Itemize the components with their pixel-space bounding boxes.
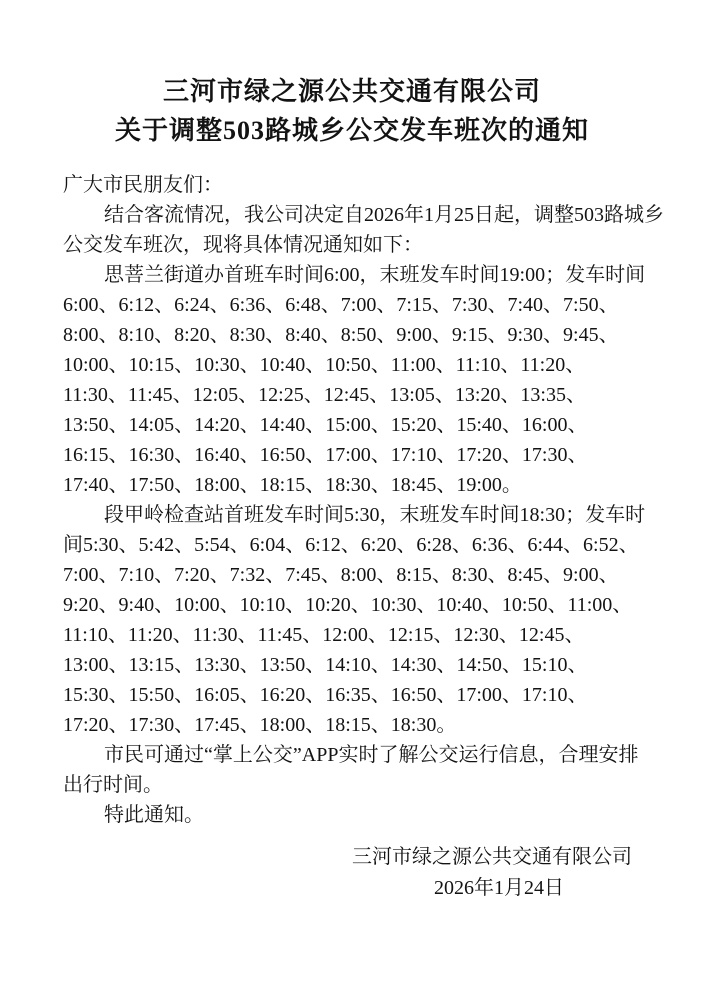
title-line-company: 三河市绿之源公共交通有限公司: [0, 72, 704, 111]
document-title: 三河市绿之源公共交通有限公司 关于调整503路城乡公交发车班次的通知: [0, 0, 704, 150]
schedule2-times-line: 17:20、17:30、17:45、18:00、18:15、18:30。: [63, 710, 648, 740]
schedule1-times-line: 17:40、17:50、18:00、18:15、18:30、18:45、19:0…: [63, 470, 648, 500]
schedule2-times-line: 15:30、15:50、16:05、16:20、16:35、16:50、17:0…: [63, 680, 648, 710]
schedule2-times-line: 11:10、11:20、11:30、11:45、12:00、12:15、12:3…: [63, 620, 648, 650]
app-info-line: 市民可通过“掌上公交”APP实时了解公交运行信息，合理安排: [63, 740, 648, 770]
notice-document: 三河市绿之源公共交通有限公司 关于调整503路城乡公交发车班次的通知 广大市民朋…: [0, 0, 704, 999]
signature-company: 三河市绿之源公共交通有限公司: [0, 842, 704, 873]
signature-block: 三河市绿之源公共交通有限公司 2026年1月24日: [0, 842, 704, 904]
schedule1-lead-line: 思菩兰街道办首班车时间6:00，末班发车时间19:00；发车时间: [63, 260, 648, 290]
schedule1-times-line: 11:30、11:45、12:05、12:25、12:45、13:05、13:2…: [63, 380, 648, 410]
title-line-subject: 关于调整503路城乡公交发车班次的通知: [0, 111, 704, 150]
schedule1-times-line: 10:00、10:15、10:30、10:40、10:50、11:00、11:1…: [63, 350, 648, 380]
schedule1-times-line: 8:00、8:10、8:20、8:30、8:40、8:50、9:00、9:15、…: [63, 320, 648, 350]
intro-line: 公交发车班次，现将具体情况通知如下：: [63, 230, 648, 260]
signature-date: 2026年1月24日: [0, 873, 704, 904]
schedule1-times-line: 6:00、6:12、6:24、6:36、6:48、7:00、7:15、7:30、…: [63, 290, 648, 320]
schedule2-lead-line: 段甲岭检查站首班发车时间5:30，末班发车时间18:30；发车时: [63, 500, 648, 530]
schedule2-times-line: 7:00、7:10、7:20、7:32、7:45、8:00、8:15、8:30、…: [63, 560, 648, 590]
schedule2-times-line: 9:20、9:40、10:00、10:10、10:20、10:30、10:40、…: [63, 590, 648, 620]
intro-line: 结合客流情况，我公司决定自2026年1月25日起，调整503路城乡: [63, 200, 648, 230]
app-info-line: 出行时间。: [63, 770, 648, 800]
schedule1-times-line: 16:15、16:30、16:40、16:50、17:00、17:10、17:2…: [63, 440, 648, 470]
schedule2-times-line: 间5:30、5:42、5:54、6:04、6:12、6:20、6:28、6:36…: [63, 530, 648, 560]
schedule2-times-line: 13:00、13:15、13:30、13:50、14:10、14:30、14:5…: [63, 650, 648, 680]
salutation-line: 广大市民朋友们：: [63, 170, 648, 200]
closing-line: 特此通知。: [63, 800, 648, 830]
document-body: 广大市民朋友们： 结合客流情况，我公司决定自2026年1月25日起，调整503路…: [63, 170, 648, 830]
schedule1-times-line: 13:50、14:05、14:20、14:40、15:00、15:20、15:4…: [63, 410, 648, 440]
